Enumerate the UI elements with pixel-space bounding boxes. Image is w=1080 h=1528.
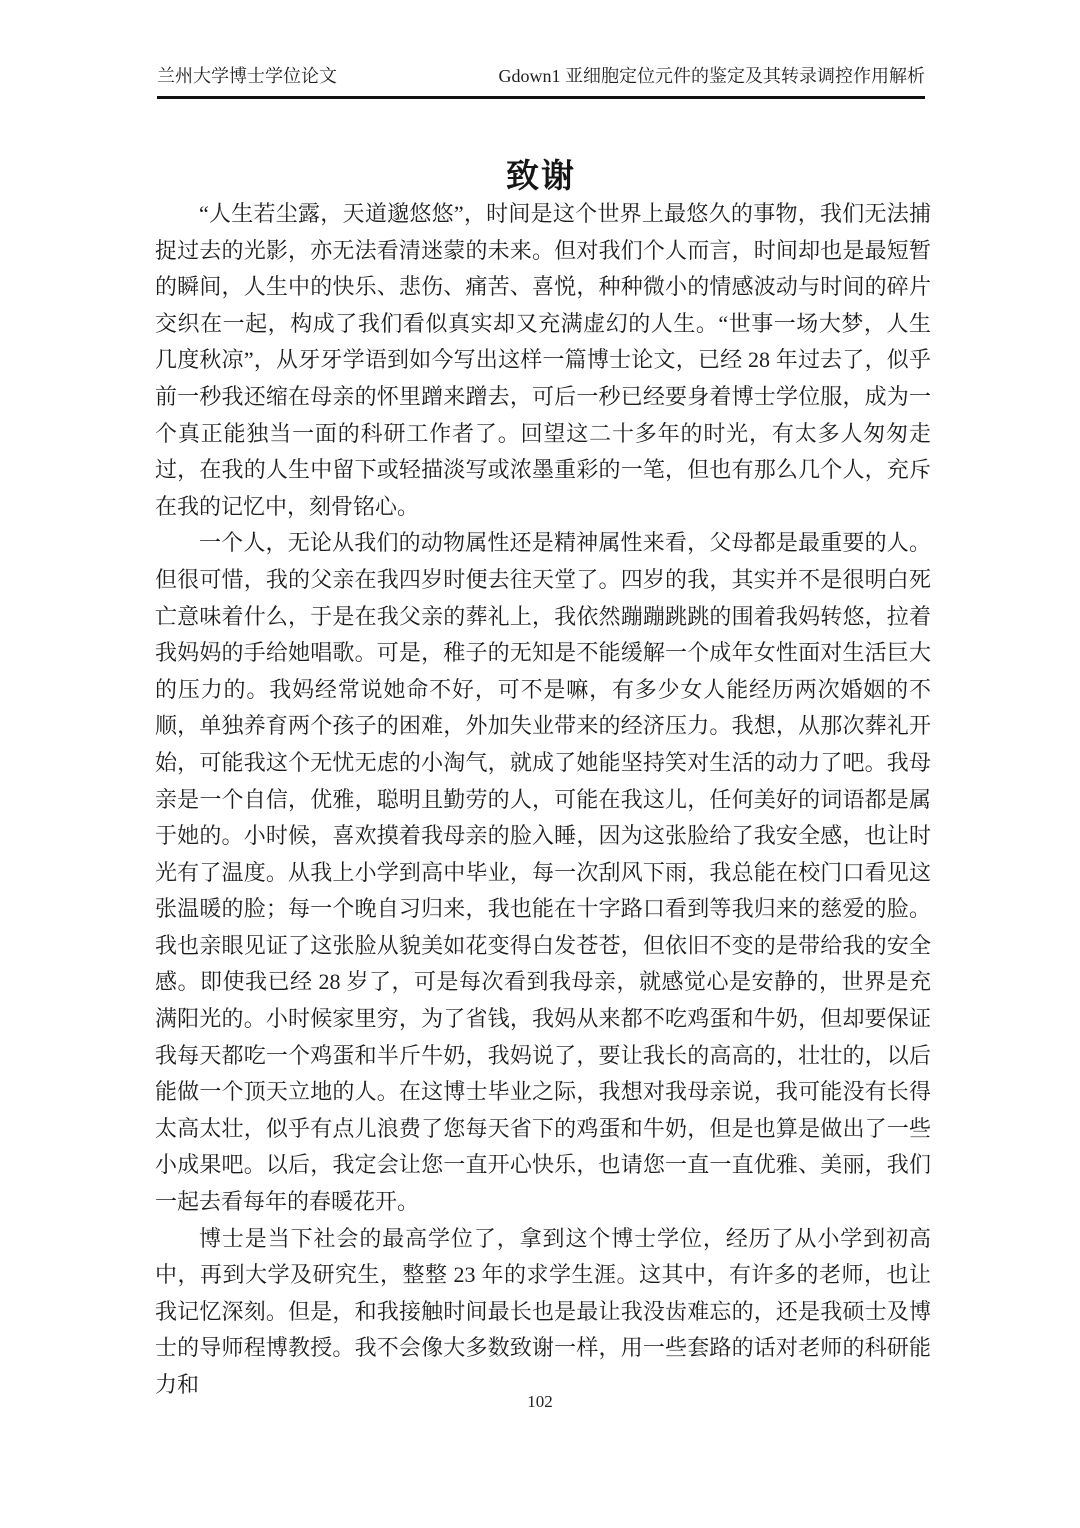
paragraph: 博士是当下社会的最高学位了，拿到这个博士学位，经历了从小学到初高中，再到大学及研… [155, 1221, 931, 1404]
paragraph: 一个人，无论从我们的动物属性还是精神属性来看，父母都是最重要的人。但很可惜，我的… [155, 525, 931, 1220]
header-left-text: 兰州大学博士学位论文 [157, 66, 337, 88]
page-footer: 102 [0, 1392, 1080, 1412]
paragraph: “人生若尘露，天道邈悠悠”，时间是这个世界上最悠久的事物，我们无法捕捉过去的光影… [155, 196, 931, 525]
body-text: “人生若尘露，天道邈悠悠”，时间是这个世界上最悠久的事物，我们无法捕捉过去的光影… [155, 196, 931, 1404]
page-header: 兰州大学博士学位论文 Gdown1 亚细胞定位元件的鉴定及其转录调控作用解析 [157, 66, 925, 99]
thesis-page: 兰州大学博士学位论文 Gdown1 亚细胞定位元件的鉴定及其转录调控作用解析 致… [0, 0, 1080, 1528]
page-number: 102 [527, 1392, 553, 1411]
page-title: 致谢 [157, 150, 925, 197]
header-right-text: Gdown1 亚细胞定位元件的鉴定及其转录调控作用解析 [499, 66, 926, 88]
